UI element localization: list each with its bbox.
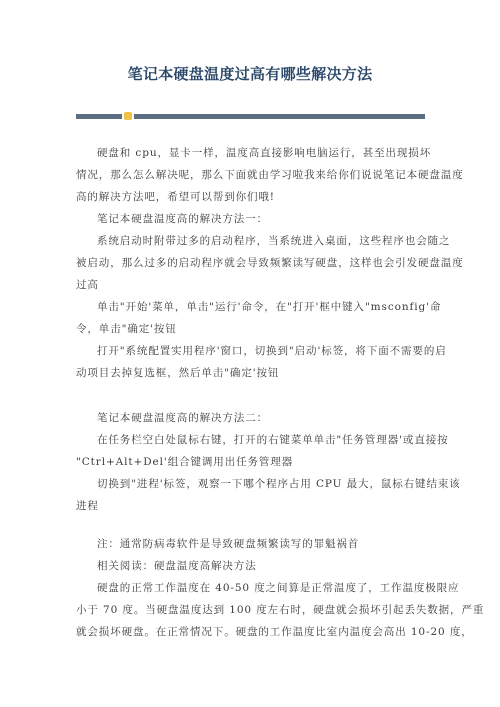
- paragraph-line: 切换到"进程'标签，观察一下哪个程序占用 CPU 最大，鼠标右键结束该: [97, 477, 426, 491]
- paragraph-line: 单击"开始'菜单，单击"运行'命令，在"打开'框中键入"msconfig'命: [97, 300, 426, 314]
- paragraph-line: 令，单击"确定'按钮: [76, 322, 426, 336]
- paragraph-line: 在任务栏空白处鼠标右键，打开的右键菜单单击"任务管理器'或直接按: [97, 433, 426, 447]
- paragraph-line: 就会损坏硬盘。在正常情况下。硬盘的工作温度比室内温度会高出 10-20 度，: [76, 625, 426, 639]
- document-title: 笔记本硬盘温度过高有哪些解决方法: [0, 63, 500, 84]
- paragraph-line: 小于 70 度。当硬盘温度达到 100 度左右时，硬盘就会损坏引起丢失数据，严重: [76, 603, 426, 617]
- paragraph-line: 硬盘的正常工作温度在 40-50 度之间算是正常温度了，工作温度极限应: [97, 581, 426, 595]
- paragraph-line: 硬盘和 cpu，显卡一样，温度高直接影响电脑运行，甚至出现损坏: [97, 146, 426, 160]
- title-divider-right: [134, 114, 425, 119]
- paragraph-line: 动项目去掉复选框，然后单击"确定'按钮: [76, 366, 426, 380]
- divider-accent-mark: [124, 112, 132, 120]
- paragraph-line: 系统启动时附带过多的启动程序，当系统进入桌面，这些程序也会随之: [97, 234, 426, 248]
- paragraph-line: 打开"系统配置实用程序'窗口，切换到"启动'标签，将下面不需要的启: [97, 344, 426, 358]
- section-heading: 笔记本硬盘温度高的解决方法一：: [97, 212, 426, 226]
- paragraph-line: 情况，那么怎么解决呢，那么下面就由学习啦我来给你们说说笔记本硬盘温度: [76, 168, 426, 182]
- related-reading-line: 相关阅读：硬盘温度高解决方法: [97, 559, 426, 573]
- paragraph-line: 进程: [76, 499, 426, 513]
- paragraph-line: 高的解决方法吧，希望可以帮到你们哦!: [76, 190, 426, 204]
- paragraph-line: "Ctrl+Alt+Del'组合键调用出任务管理器: [76, 455, 426, 469]
- paragraph-line: 过高: [76, 278, 426, 292]
- paragraph-line: 被启动，那么过多的启动程序就会导致频繁读写硬盘，这样也会引发硬盘温度: [76, 256, 426, 270]
- note-line: 注：通常防病毒软件是导致硬盘频繁读写的罪魁祸首: [97, 537, 426, 551]
- section-heading: 笔记本硬盘温度高的解决方法二：: [97, 411, 426, 425]
- title-divider-left: [76, 114, 122, 119]
